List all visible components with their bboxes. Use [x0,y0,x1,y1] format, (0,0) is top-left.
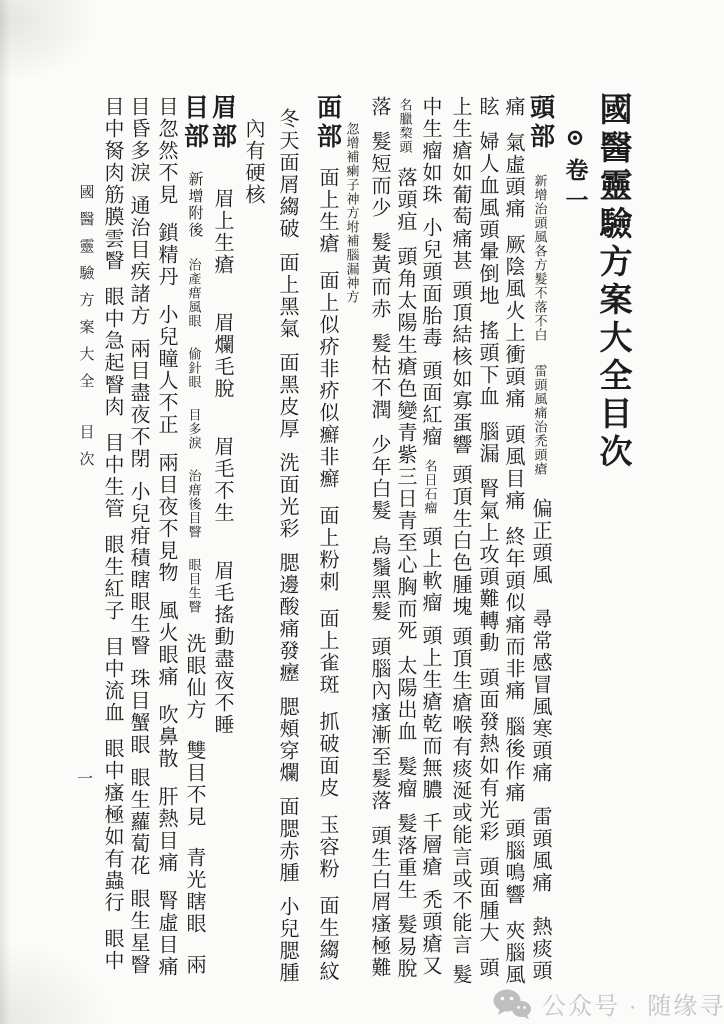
toc-entry: 名臘棃頭 [399,98,412,154]
toc-entry: 珠目蟹眼 [128,668,148,756]
toc-column: 內有硬核 [238,118,268,206]
toc-entry: 小兒瞳人不正 [156,304,176,436]
toc-entry: 治瘄後目瞖 [188,469,201,539]
toc-entry: 面上黑氣 [277,252,297,340]
toc-entry: 面生縐紋 [317,895,337,983]
toc-entry: 太陽出血 [395,655,415,743]
page-title: 國醫靈驗方案大全目次 [592,92,632,472]
toc-entry: 頭頂生白色腫塊 [450,464,470,618]
toc-entry: 上生瘡如葡萄痛甚 [450,96,470,272]
watermark-text: 公众号 · 随缘寻书l [542,986,724,1021]
toc-column: 目忽然不見鎖精丹小兒瞳人不正兩目夜不見物風火眼痛吹鼻散肝熱目痛腎虛目痛 [151,96,181,978]
toc-entry: 眉毛搖動盡夜不睡 [212,560,232,736]
toc-entry: 目中流血 [102,636,122,724]
toc-entry: 忽增補瘌子神方坿補腦漏神方 [346,122,359,304]
toc-entry: 面上似疥非疥似癬非癬 [317,270,337,490]
section-header: 眉部 [210,94,235,152]
toc-entry: 髮短而少 [369,131,389,219]
toc-entry: 眼中 [102,928,122,972]
toc-entry: 目忽然不見 [156,96,176,206]
toc-column: 頭部新增治頭風各方髮不落不白雷頭風痛治禿頭瘡偏正頭風尋常感冒風寒頭痛雷頭風痛熱痰… [525,94,555,982]
margin-title-text: 國醫靈驗方案大全 [78,184,93,400]
toc-entry: 頭面紅瘤 [420,360,440,448]
toc-entry: 吹鼻散 [156,704,176,770]
toc-entry: 冬天面屑縐破 [277,108,297,240]
toc-entry: 目中胬肉筋膜雲瞖 [102,96,122,272]
toc-column: 上生瘡如葡萄痛甚頭頂結核如寡蛋響頭頂生白色腫塊頭頂生瘡喉有痰涎或能言或不能言髮 [445,96,475,986]
toc-entry: 髮易脫 [395,914,415,980]
toc-entry: 眼生蘿蔔花 [128,767,148,877]
toc-entry: 目多淚 [188,408,201,450]
toc-entry: 頭角太陽生瘡色變青紫三日青至心胸而死 [395,246,415,642]
toc-entry: 兩目夜不見物 [156,452,176,584]
toc-entry: 面上生瘡 [317,167,337,255]
toc-entry: 腮邊酸痛發癧 [277,552,297,684]
toc-entry: 目昏多淚 [128,96,148,184]
toc-entry: 抓破面皮 [317,711,337,799]
toc-column: 名臘棃頭落頭疽頭角太陽生瘡色變青紫三日青至心胸而死太陽出血髮瘤髮落重生髮易脫 [390,98,420,980]
toc-entry: 風火眼痛 [156,600,176,688]
toc-entry: 髮 [450,964,470,986]
toc-entry: 眼中瘙極如有蟲行 [102,738,122,914]
toc-column: 冬天面屑縐破面上黑氣面黑皮厚洗面光彩腮邊酸痛發癧腮頰穿爛面腮赤腫小兒腮腫 [272,108,302,984]
toc-column: 面部面上生瘡面上似疥非疥似癬非癬面上粉刺面上雀斑抓破面皮玉容粉面生縐紋 [312,94,342,983]
section-header: 目部 [182,94,207,152]
toc-column: 落髮短而少髮黃而赤髮枯不潤少年白髮烏鬚黑髮頭腦內瘙漸至髮落頭生白屑瘙極難 [364,96,394,979]
toc-entry: 雷頭風痛 [530,806,550,894]
toc-entry: 新增附後 [187,171,202,239]
toc-entry: 落 [369,96,389,118]
toc-entry: 落頭疽 [395,167,415,233]
toc-entry: 新增治頭風各方髮不落不白 [534,174,547,342]
toc-entry: 青光瞎眼 [184,847,204,935]
toc-entry: 搖頭下血 [477,320,497,408]
toc-entry: 烏鬚黑髮 [369,535,389,623]
toc-entry: 熱痰頭 [530,916,550,982]
scanned-book-page: 國醫靈驗方案大全目次 ⊙卷一 頭部新增治頭風各方髮不落不白雷頭風痛治禿頭瘡偏正頭… [0,0,724,1024]
toc-entry: 髮瘤 [395,756,415,800]
toc-entry: 眼生星瞖 [128,888,148,976]
toc-entry: 腎虛目痛 [156,890,176,978]
toc-entry: 面黑皮厚 [277,352,297,440]
toc-entry: 終年頭似痛而非痛 [503,526,523,702]
toc-entry: 兩目盡夜不閉 [128,338,148,470]
toc-entry: 腦後作痛 [503,716,523,804]
toc-entry: 眉上生瘡 [212,188,232,276]
toc-entry: 中生瘤如珠 [420,96,440,206]
toc-entry: 面腮赤腫 [277,796,297,884]
toc-column: 目部新增附後治產瘄風眼偷針眼目多淚治瘄後目瞖眼目生瞖洗眼仙方雙目不見青光瞎眼兩 [179,94,209,976]
page-title-text: 國醫靈驗方案大全目次 [596,92,629,472]
toc-entry: 頭腦內瘙漸至髮落 [369,636,389,812]
toc-entry: 頭面發熱如有光彩 [477,667,497,843]
toc-column: 目昏多淚通治目疾諸方兩目盡夜不閉小兒疳積瞎眼生瞖珠目蟹眼眼生蘿蔔花眼生星瞖 [123,96,153,976]
watermark: 公众号 · 随缘寻书l [492,986,724,1021]
toc-entry: 頭頂結核如寡蛋響 [450,280,470,456]
toc-entry: 名日石瘤 [424,459,437,515]
toc-entry: 頭生白屑瘙極難 [369,825,389,979]
toc-entry: 小兒頭面胎毒 [420,217,440,349]
toc-entry: 雷頭風痛治禿頭瘡 [534,364,547,476]
toc-entry: 偏正頭風 [530,498,550,586]
toc-entry: 尋常感冒風寒頭痛 [530,608,550,784]
toc-entry: 頭上軟瘤 [420,526,440,614]
toc-column: 目中胬肉筋膜雲瞖眼中急起瞖肉目中生管眼生紅子目中流血眼中瘙極如有蟲行眼中 [97,96,127,972]
toc-entry: 夾腦風 [503,920,523,986]
toc-entry: 頭上生瘡乾而無膿 [420,625,440,801]
margin-subtitle-text: 目次 [78,424,93,478]
page-number: 一 [70,766,100,789]
toc-entry: 洗面光彩 [277,452,297,540]
toc-entry: 髮黃而赤 [369,232,389,320]
toc-entry: 面上粉刺 [317,505,337,593]
toc-entry: 雙目不見 [184,740,204,828]
toc-entry: 小兒腮腫 [277,896,297,984]
wechat-icon [492,988,532,1020]
toc-entry: 婦人血風頭暈倒地 [477,131,497,307]
toc-entry: 頭腦鳴響 [503,818,523,906]
toc-entry: 頭風目痛 [503,424,523,512]
toc-entry: 眉毛不生 [212,436,232,524]
toc-entry: 內有硬核 [243,118,263,206]
toc-entry: 髮落重生 [395,813,415,901]
toc-entry: 痛 [503,96,523,118]
volume-label-text: ⊙卷一 [564,124,587,218]
toc-entry: 眉爛毛脫 [212,312,232,400]
toc-entry: 通治目疾諸方 [128,195,148,327]
toc-entry: 眼目生瞖 [188,558,201,614]
toc-entry: 禿頭瘡又 [420,889,440,977]
toc-column: 眩婦人血風頭暈倒地搖頭下血腦漏腎氣上攻頭難轉動頭面發熱如有光彩頭面腫大頭 [472,96,502,979]
margin-title: 國醫靈驗方案大全 目次 [70,184,100,478]
toc-entry: 治產瘄風眼 [188,258,201,328]
toc-entry: 玉容粉 [317,814,337,880]
section-header: 面部 [315,94,340,152]
toc-column: 痛氣虛頭痛厥陰風火上衝頭痛頭風目痛終年頭似痛而非痛腦後作痛頭腦鳴響夾腦風 [498,96,528,986]
toc-entry: 腎氣上攻頭難轉動 [477,478,497,654]
toc-entry: 千層瘡 [420,812,440,878]
toc-entry: 鎖精丹 [156,222,176,288]
toc-column: 眉部眉上生瘡眉爛毛脫眉毛不生眉毛搖動盡夜不睡 [207,94,237,736]
toc-entry: 腮頰穿爛 [277,696,297,784]
toc-entry: 面上雀斑 [317,608,337,696]
toc-entry: 兩 [184,954,204,976]
toc-entry: 頭面腫大 [477,856,497,944]
toc-entry: 頭頂生瘡喉有痰涎或能言或不能言 [450,626,470,956]
toc-entry: 眼中急起瞖肉 [102,286,122,418]
toc-entry: 眼生紅子 [102,534,122,622]
toc-entry: 氣虛頭痛 [503,132,523,220]
volume-label: ⊙卷一 [560,124,590,218]
toc-entry: 偷針眼 [188,347,201,389]
toc-entry: 眩 [477,96,497,118]
toc-entry: 頭 [477,957,497,979]
toc-entry: 厥陰風火上衝頭痛 [503,234,523,410]
toc-entry: 目中生管 [102,432,122,520]
toc-entry: 肝熱目痛 [156,786,176,874]
toc-entry: 少年白髮 [369,434,389,522]
section-header: 頭部 [528,94,553,152]
toc-entry: 小兒疳積瞎眼生瞖 [128,481,148,657]
toc-entry: 腦漏 [477,421,497,465]
toc-entry: 洗眼仙方 [184,633,204,721]
toc-entry: 髮枯不潤 [369,333,389,421]
